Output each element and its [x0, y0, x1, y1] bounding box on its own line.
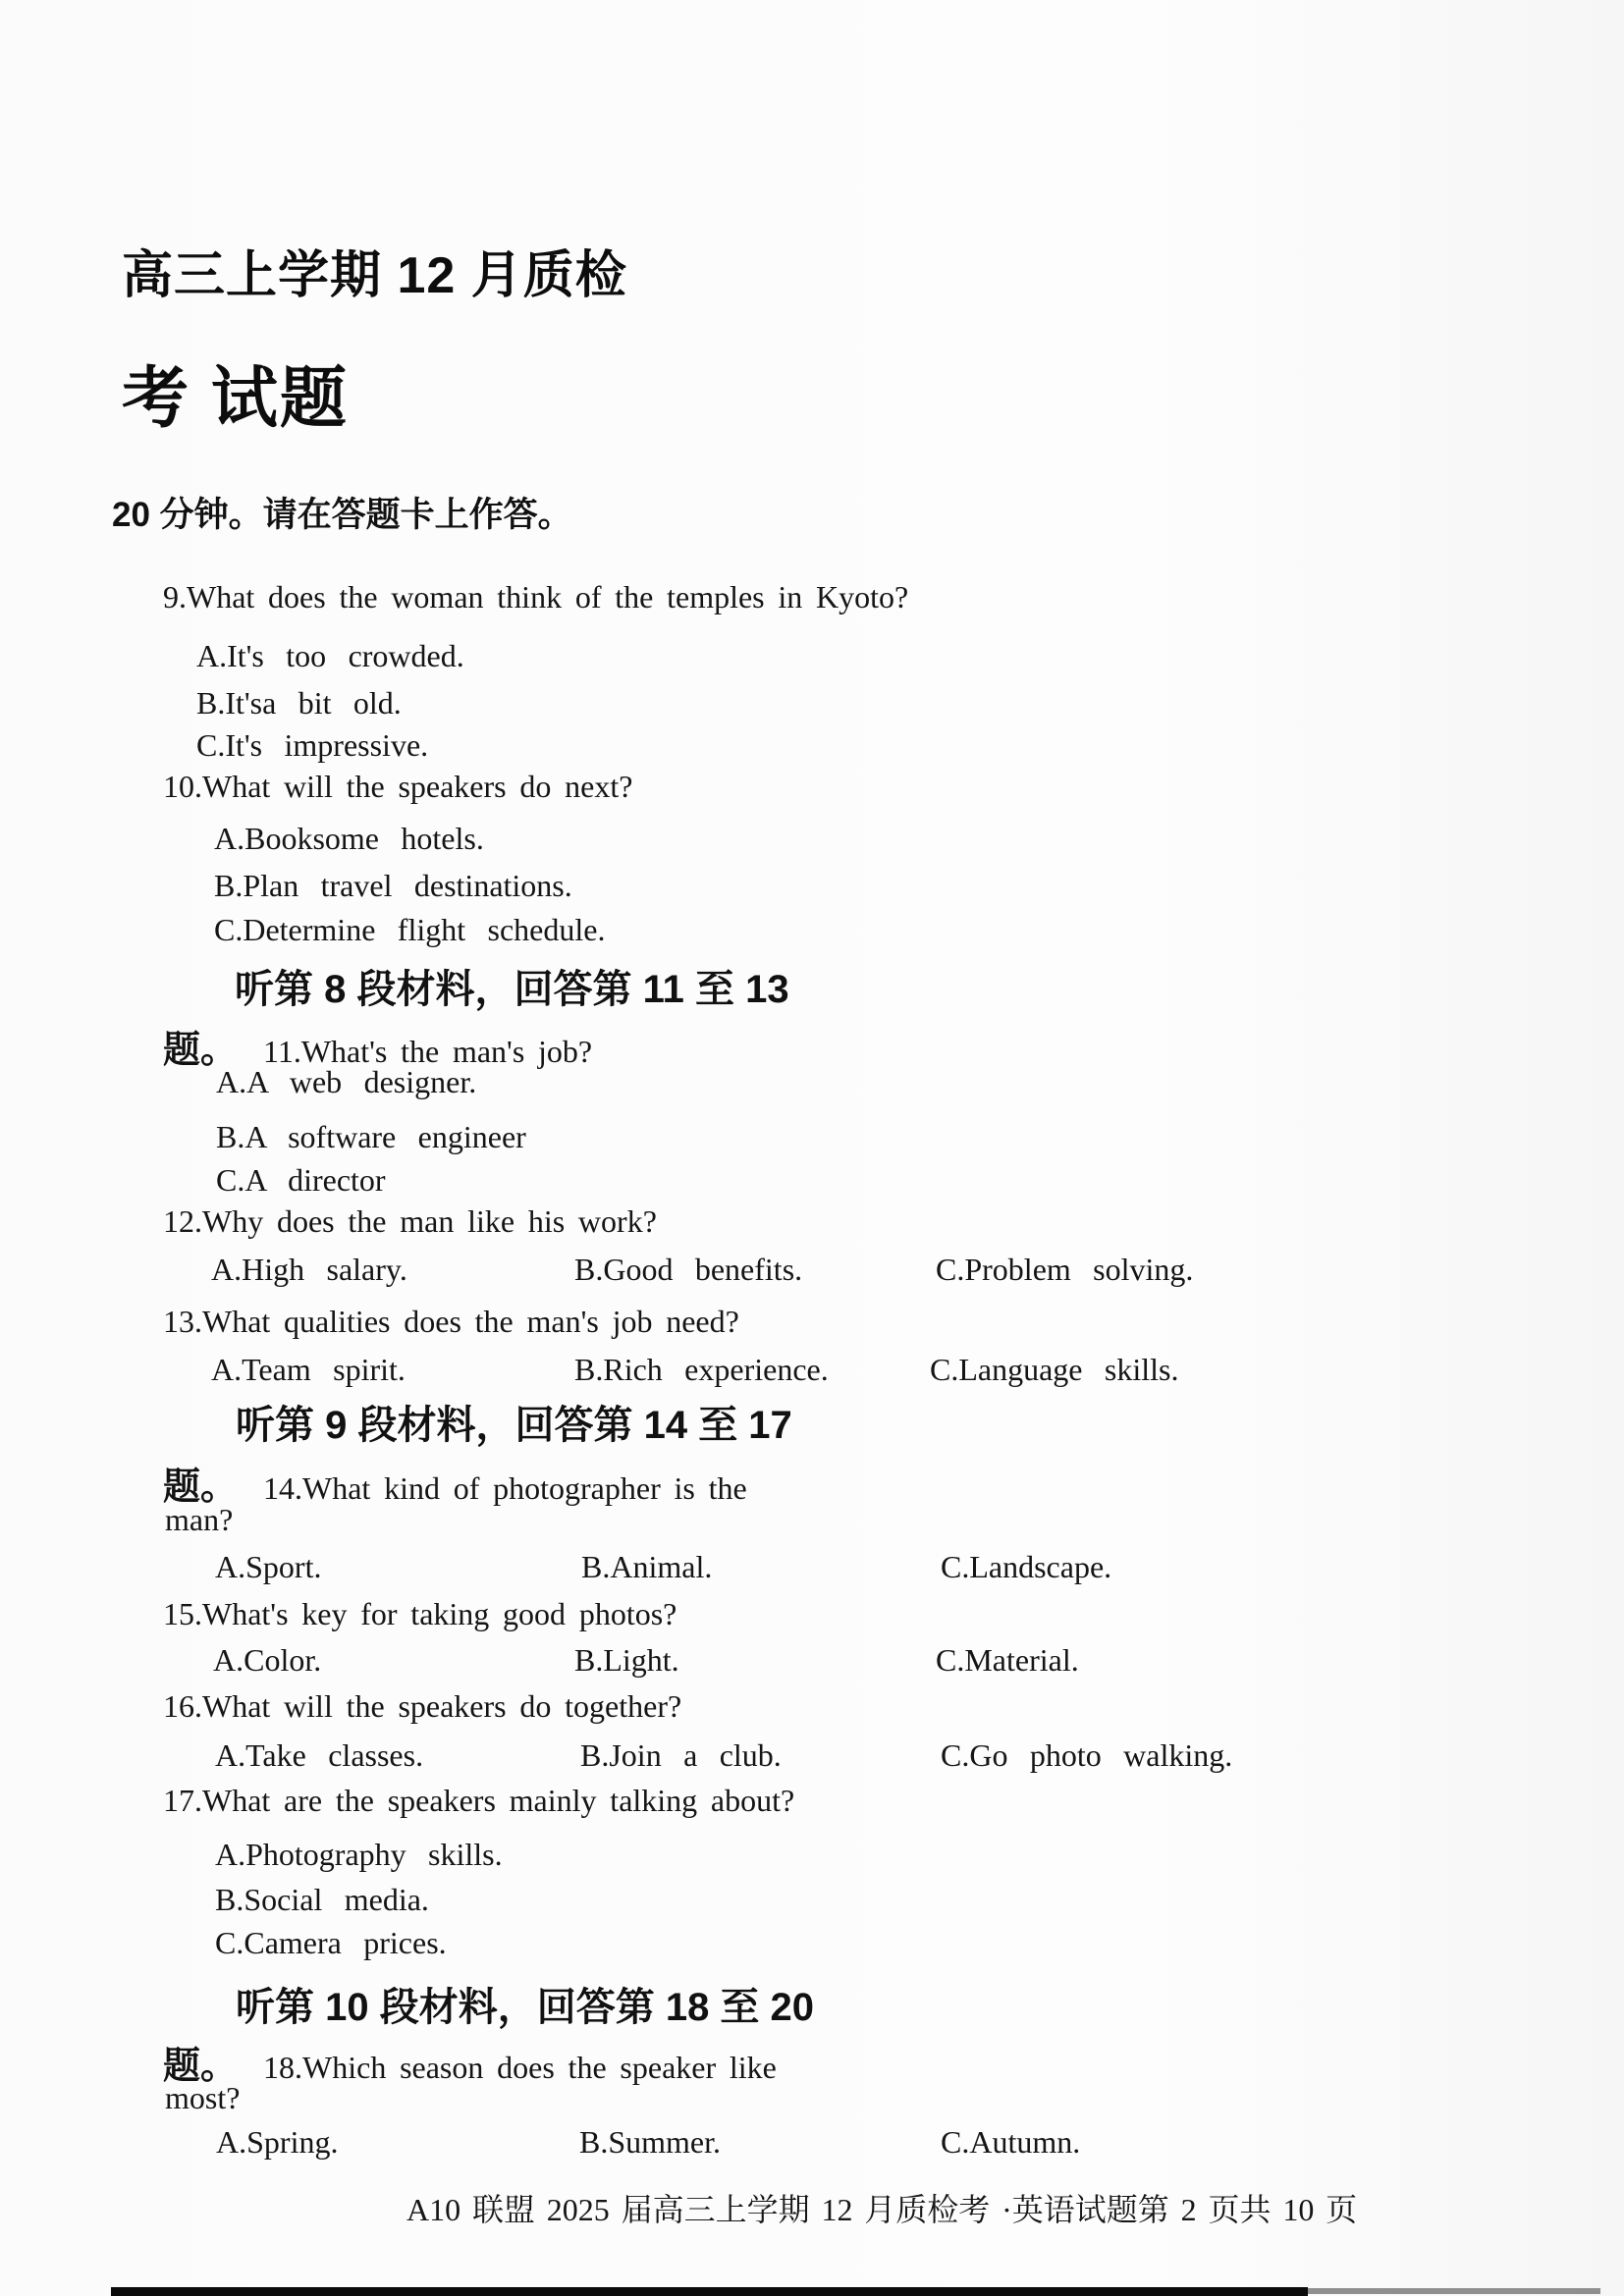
question-16-option-a: A.Take classes. — [215, 1737, 423, 1774]
question-12-option-b: B.Good benefits. — [574, 1252, 802, 1288]
question-14-option-b: B.Animal. — [581, 1549, 712, 1585]
question-15-option-b: B.Light. — [574, 1642, 679, 1679]
question-9-text: 9.What does the woman think of the templ… — [163, 579, 908, 615]
question-14-text-line1: 14.What kind of photographer is the — [263, 1470, 747, 1506]
question-12-text: 12.Why does the man like his work? — [163, 1203, 657, 1240]
question-16-option-c: C.Go photo walking. — [941, 1737, 1232, 1774]
question-13-option-b: B.Rich experience. — [574, 1352, 829, 1388]
question-17-option-b: B.Social media. — [215, 1882, 429, 1918]
question-13-option-a: A.Team spirit. — [211, 1352, 406, 1388]
bottom-rule-gray — [1308, 2288, 1600, 2294]
question-13-text: 13.What qualities does the man's job nee… — [163, 1304, 739, 1340]
question-14-text-line2: man? — [165, 1502, 233, 1538]
question-9-option-c: C.It's impressive. — [196, 727, 428, 764]
question-11-option-a: A.A web designer. — [216, 1064, 476, 1100]
question-17-option-c: C.Camera prices. — [215, 1925, 447, 1961]
question-18-option-a: A.Spring. — [216, 2124, 338, 2161]
question-15-option-c: C.Material. — [936, 1642, 1079, 1679]
question-10-option-b: B.Plan travel destinations. — [214, 868, 572, 904]
question-18-text-line1: 18.Which season does the speaker like — [263, 2050, 777, 2085]
question-17-option-a: A.Photography skills. — [215, 1837, 503, 1873]
question-15-option-a: A.Color. — [213, 1642, 321, 1679]
question-10-option-c: C.Determine flight schedule. — [214, 912, 605, 948]
section-10-intro: 听第 10 段材料，回答第 18 至 20 — [236, 1986, 814, 2029]
question-15-text: 15.What's key for taking good photos? — [163, 1596, 677, 1632]
question-14-option-a: A.Sport. — [215, 1549, 321, 1585]
question-11-option-c: C.A director — [216, 1162, 386, 1199]
page-title: 高三上学期 12 月质检 — [122, 234, 627, 307]
question-9-option-a: A.It's too crowded. — [196, 638, 464, 674]
section-8-intro: 听第 8 段材料，回答第 11 至 13 — [235, 968, 789, 1011]
question-10-option-a: A.Booksome hotels. — [214, 821, 484, 857]
question-9-option-b: B.It'sa bit old. — [196, 685, 402, 721]
instruction-line: 20 分钟。请在答题卡上作答。 — [112, 497, 572, 535]
footer-page-info: A10 联盟 2025 届高三上学期 12 月质检考 ·英语试题第 2 页共 1… — [406, 2185, 1357, 2230]
exam-page: 高三上学期 12 月质检 考 试题 20 分钟。请在答题卡上作答。 9.What… — [0, 0, 1624, 2296]
question-18-option-b: B.Summer. — [579, 2124, 721, 2161]
question-11-option-b: B.A software engineer — [216, 1119, 526, 1155]
bottom-rule-black — [111, 2287, 1308, 2296]
question-14-option-c: C.Landscape. — [941, 1549, 1111, 1585]
question-13-option-c: C.Language skills. — [930, 1352, 1178, 1388]
question-12-option-c: C.Problem solving. — [936, 1252, 1193, 1288]
question-18-text-line2: most? — [165, 2080, 240, 2116]
question-10-text: 10.What will the speakers do next? — [163, 769, 632, 805]
section-9-intro: 听第 9 段材料，回答第 14 至 17 — [236, 1404, 792, 1447]
question-18-option-c: C.Autumn. — [941, 2124, 1080, 2161]
question-12-option-a: A.High salary. — [211, 1252, 407, 1288]
question-16-text: 16.What will the speakers do together? — [163, 1688, 681, 1725]
question-16-option-b: B.Join a club. — [580, 1737, 782, 1774]
question-17-text: 17.What are the speakers mainly talking … — [163, 1783, 794, 1819]
page-subtitle: 考 试题 — [122, 346, 349, 441]
